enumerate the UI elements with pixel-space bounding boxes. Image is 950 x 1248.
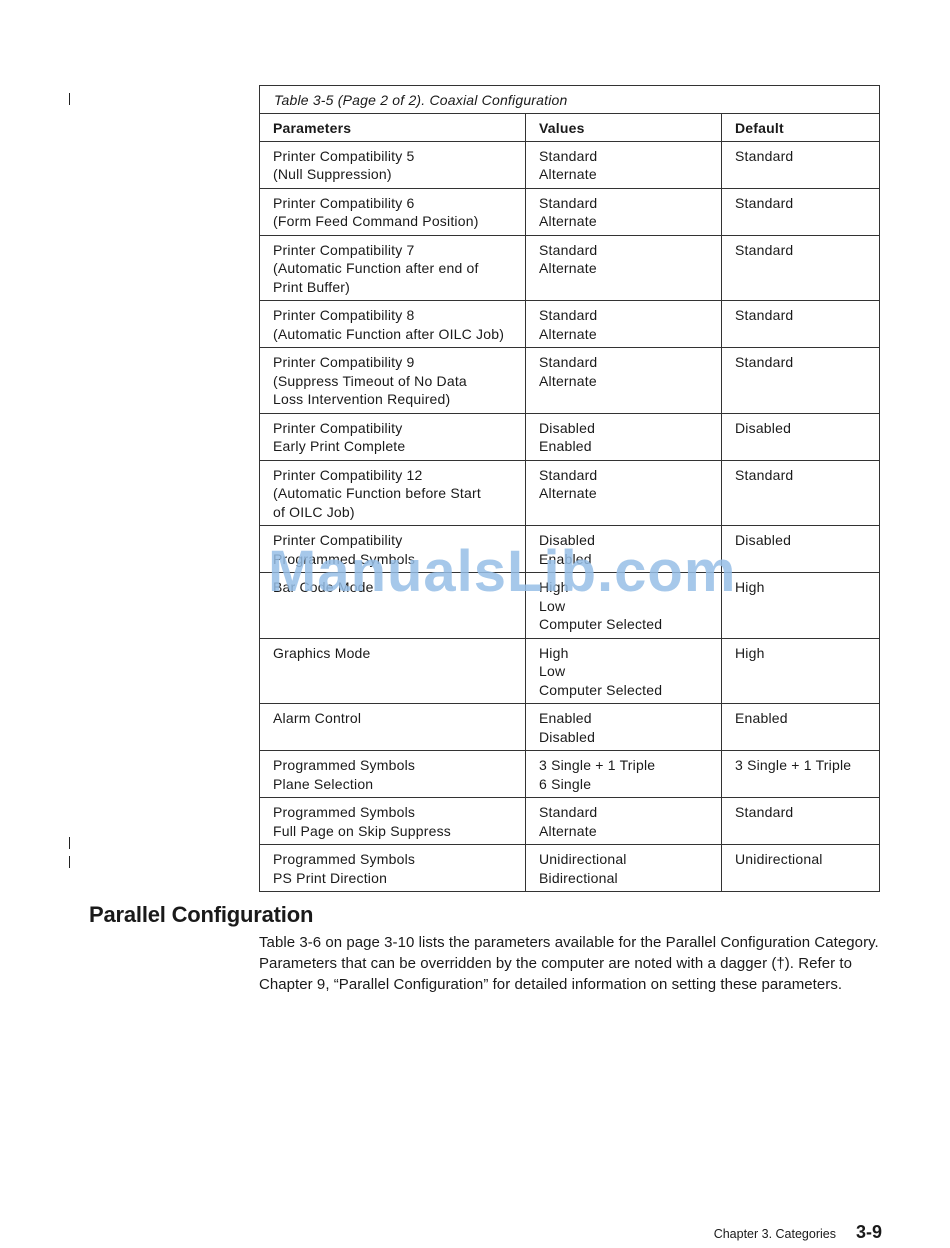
parameter-cell: Programmed SymbolsPS Print Direction [260,845,526,892]
values-cell-line: Enabled [539,709,708,728]
values-cell: HighLowComputer Selected [526,638,722,704]
table-row: Programmed SymbolsPlane Selection3 Singl… [260,751,880,798]
coaxial-configuration-table: Table 3-5 (Page 2 of 2). Coaxial Configu… [259,85,880,892]
parameter-cell-line: Printer Compatibility [273,531,512,550]
parameter-cell: Printer Compatibility 9(Suppress Timeout… [260,348,526,414]
default-cell: Standard [722,301,880,348]
parameter-cell-line: Programmed Symbols [273,550,512,569]
values-cell-line: Enabled [539,550,708,569]
values-cell: StandardAlternate [526,141,722,188]
parameter-cell-line: (Form Feed Command Position) [273,212,512,231]
parameter-cell-line: Programmed Symbols [273,803,512,822]
parameter-cell-line: (Automatic Function after end of [273,259,512,278]
parameter-cell-line: Printer Compatibility 12 [273,466,512,485]
section-paragraph: Table 3-6 on page 3-10 lists the paramet… [259,932,884,995]
parameter-cell-line: Printer Compatibility 5 [273,147,512,166]
values-cell-line: Unidirectional [539,850,708,869]
parameter-cell: Printer CompatibilityEarly Print Complet… [260,413,526,460]
values-cell-line: Disabled [539,419,708,438]
values-cell-line: Disabled [539,728,708,747]
values-cell-line: Computer Selected [539,615,708,634]
values-cell-line: Alternate [539,484,708,503]
values-cell: DisabledEnabled [526,526,722,573]
default-cell: Disabled [722,526,880,573]
values-cell: StandardAlternate [526,301,722,348]
parameter-cell-line: Early Print Complete [273,437,512,456]
values-cell-line: Bidirectional [539,869,708,888]
header-default: Default [722,114,880,142]
parameter-cell-line: PS Print Direction [273,869,512,888]
values-cell-line: Alternate [539,822,708,841]
parameter-cell-line: Graphics Mode [273,644,512,663]
values-cell: StandardAlternate [526,460,722,526]
page-number: 3-9 [856,1222,882,1243]
default-cell: High [722,573,880,639]
values-cell-line: Standard [539,803,708,822]
parameter-cell-line: Printer Compatibility 9 [273,353,512,372]
default-cell: Disabled [722,413,880,460]
values-cell-line: High [539,644,708,663]
default-cell: Unidirectional [722,845,880,892]
revision-bar [69,856,70,868]
parameter-cell-line: Bar Code Mode [273,578,512,597]
values-cell-line: Disabled [539,531,708,550]
parameter-cell-line: Plane Selection [273,775,512,794]
values-cell-line: Computer Selected [539,681,708,700]
page-footer: Chapter 3. Categories 3-9 [714,1222,882,1243]
parameter-cell-line: Loss Intervention Required) [273,390,512,409]
values-cell-line: Standard [539,194,708,213]
table-row: Graphics ModeHighLowComputer SelectedHig… [260,638,880,704]
parameter-cell-line: Printer Compatibility 7 [273,241,512,260]
revision-bar [69,93,70,105]
values-cell-line: Standard [539,353,708,372]
default-cell: Standard [722,235,880,301]
parameter-cell-line: Programmed Symbols [273,850,512,869]
revision-bar [69,837,70,849]
parameter-cell: Printer Compatibility 6(Form Feed Comman… [260,188,526,235]
values-cell: 3 Single + 1 Triple6 Single [526,751,722,798]
parameter-cell: Printer Compatibility 8(Automatic Functi… [260,301,526,348]
parameter-cell-line: (Null Suppression) [273,165,512,184]
table-body: Printer Compatibility 5(Null Suppression… [260,141,880,892]
default-cell: High [722,638,880,704]
values-cell: DisabledEnabled [526,413,722,460]
table-row: Printer Compatibility 6(Form Feed Comman… [260,188,880,235]
parameter-cell: Printer Compatibility 7(Automatic Functi… [260,235,526,301]
table-row: Printer Compatibility 9(Suppress Timeout… [260,348,880,414]
default-cell: Standard [722,188,880,235]
values-cell-line: 3 Single + 1 Triple [539,756,708,775]
table-row: Printer CompatibilityEarly Print Complet… [260,413,880,460]
values-cell-line: 6 Single [539,775,708,794]
table-caption: Table 3-5 (Page 2 of 2). Coaxial Configu… [259,85,880,113]
table-row: Programmed SymbolsPS Print DirectionUnid… [260,845,880,892]
default-cell: Standard [722,798,880,845]
values-cell: StandardAlternate [526,798,722,845]
parameter-cell: Bar Code Mode [260,573,526,639]
parameter-cell-line: (Automatic Function before Start [273,484,512,503]
default-cell: Standard [722,348,880,414]
parameter-cell: Printer CompatibilityProgrammed Symbols [260,526,526,573]
parameter-cell: Programmed SymbolsFull Page on Skip Supp… [260,798,526,845]
values-cell-line: Standard [539,306,708,325]
section-heading: Parallel Configuration [89,902,313,928]
table-row: Printer Compatibility 8(Automatic Functi… [260,301,880,348]
default-cell: Standard [722,460,880,526]
parameter-cell: Printer Compatibility 12(Automatic Funct… [260,460,526,526]
parameter-cell-line: of OILC Job) [273,503,512,522]
table-row: Programmed SymbolsFull Page on Skip Supp… [260,798,880,845]
values-cell-line: Alternate [539,372,708,391]
parameter-cell-line: (Automatic Function after OILC Job) [273,325,512,344]
default-cell: 3 Single + 1 Triple [722,751,880,798]
header-parameters: Parameters [260,114,526,142]
default-cell: Standard [722,141,880,188]
values-cell: HighLowComputer Selected [526,573,722,639]
parameter-cell: Alarm Control [260,704,526,751]
parameter-cell-line: Programmed Symbols [273,756,512,775]
values-cell-line: Alternate [539,165,708,184]
values-cell: StandardAlternate [526,235,722,301]
values-cell: StandardAlternate [526,348,722,414]
table-header-row: Parameters Values Default [260,114,880,142]
parameter-cell-line: Printer Compatibility [273,419,512,438]
values-cell: UnidirectionalBidirectional [526,845,722,892]
parameter-cell: Graphics Mode [260,638,526,704]
table-row: Alarm ControlEnabledDisabledEnabled [260,704,880,751]
values-cell-line: Standard [539,241,708,260]
default-cell: Enabled [722,704,880,751]
parameter-cell-line: Alarm Control [273,709,512,728]
parameter-cell-line: Printer Compatibility 6 [273,194,512,213]
values-cell-line: Alternate [539,325,708,344]
parameter-cell-line: Print Buffer) [273,278,512,297]
values-cell-line: Standard [539,147,708,166]
values-cell-line: Alternate [539,212,708,231]
values-cell-line: Enabled [539,437,708,456]
values-cell-line: Alternate [539,259,708,278]
values-cell-line: Low [539,662,708,681]
header-values: Values [526,114,722,142]
values-cell: EnabledDisabled [526,704,722,751]
table-row: Printer Compatibility 5(Null Suppression… [260,141,880,188]
parameter-cell-line: (Suppress Timeout of No Data [273,372,512,391]
table-row: Printer Compatibility 7(Automatic Functi… [260,235,880,301]
values-cell-line: High [539,578,708,597]
values-cell-line: Low [539,597,708,616]
parameter-cell-line: Printer Compatibility 8 [273,306,512,325]
table-row: Printer Compatibility 12(Automatic Funct… [260,460,880,526]
parameter-cell: Printer Compatibility 5(Null Suppression… [260,141,526,188]
footer-chapter: Chapter 3. Categories [714,1227,836,1241]
values-cell: StandardAlternate [526,188,722,235]
table-row: Printer CompatibilityProgrammed SymbolsD… [260,526,880,573]
parameter-cell-line: Full Page on Skip Suppress [273,822,512,841]
table-row: Bar Code ModeHighLowComputer SelectedHig… [260,573,880,639]
parameter-cell: Programmed SymbolsPlane Selection [260,751,526,798]
values-cell-line: Standard [539,466,708,485]
